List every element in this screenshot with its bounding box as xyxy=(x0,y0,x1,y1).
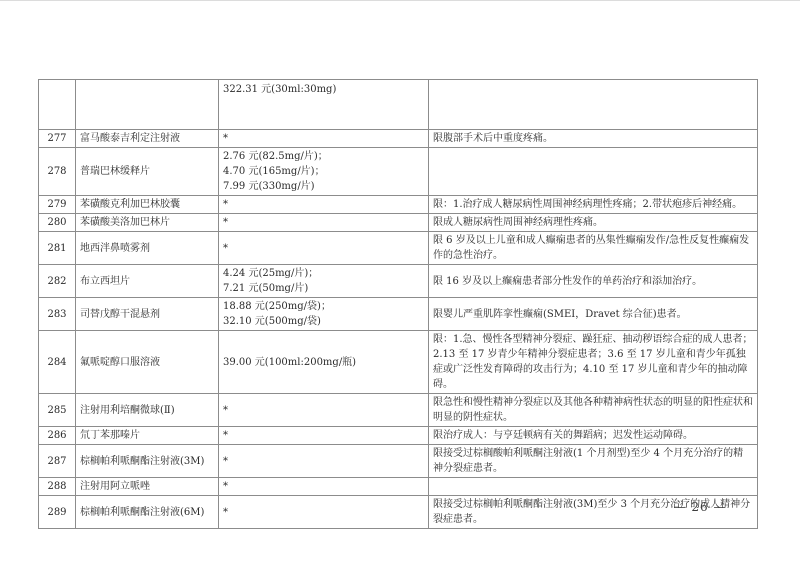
page-number: — 26 — xyxy=(650,500,750,514)
price-line: 7.21 元(50mg/片) xyxy=(223,281,424,296)
cell-index-number: 277 xyxy=(39,130,76,148)
price-line: 39.00 元(100ml:200mg/瓶) xyxy=(223,355,424,370)
cell-price: * xyxy=(219,394,429,427)
cell-restriction-note xyxy=(429,148,758,196)
cell-drug-name: 氟哌啶醇口服溶液 xyxy=(76,331,219,394)
price-line: 2.76 元(82.5mg/片)； xyxy=(223,149,424,164)
price-line: * xyxy=(223,241,424,256)
cell-restriction-note: 限 6 岁及以上儿童和成人癫痫患者的丛集性癫痫发作/急性反复性癫痫发作的急性治疗… xyxy=(429,232,758,265)
table-row: 322.31 元(30ml:30mg) xyxy=(39,80,758,130)
cell-drug-name: 棕榈帕利哌酮酯注射液(3M) xyxy=(76,445,219,478)
table-row: 277富马酸泰吉利定注射液*限腹部手术后中重度疼痛。 xyxy=(39,130,758,148)
cell-restriction-note: 限腹部手术后中重度疼痛。 xyxy=(429,130,758,148)
cell-drug-name: 富马酸泰吉利定注射液 xyxy=(76,130,219,148)
cell-restriction-note: 限治疗成人：与亨廷顿病有关的舞蹈病；迟发性运动障碍。 xyxy=(429,427,758,445)
cell-price: 39.00 元(100ml:200mg/瓶) xyxy=(219,331,429,394)
price-line: 4.70 元(165mg/片)； xyxy=(223,164,424,179)
cell-drug-name: 苯磺酸克利加巴林胶囊 xyxy=(76,196,219,214)
price-line: 7.99 元(330mg/片) xyxy=(223,179,424,194)
table-row: 287棕榈帕利哌酮酯注射液(3M)*限接受过棕榈酸帕利哌酮注射液(1 个月剂型)… xyxy=(39,445,758,478)
cell-price: * xyxy=(219,496,429,529)
price-line: * xyxy=(223,197,424,212)
cell-price: * xyxy=(219,445,429,478)
cell-index-number: 278 xyxy=(39,148,76,196)
cell-drug-name xyxy=(76,80,219,130)
cell-restriction-note: 限成人糖尿病性周围神经病理性疼痛。 xyxy=(429,214,758,232)
cell-index-number: 279 xyxy=(39,196,76,214)
cell-restriction-note: 限婴儿严重肌阵挛性癫痫(SMEI，Dravet 综合征)患者。 xyxy=(429,298,758,331)
cell-drug-name: 苯磺酸美洛加巴林片 xyxy=(76,214,219,232)
cell-price: 4.24 元(25mg/片)；7.21 元(50mg/片) xyxy=(219,265,429,298)
table-row: 284氟哌啶醇口服溶液39.00 元(100ml:200mg/瓶)限：1.急、慢… xyxy=(39,331,758,394)
cell-price: * xyxy=(219,196,429,214)
table-row: 288注射用阿立哌唑* xyxy=(39,478,758,496)
cell-index-number: 289 xyxy=(39,496,76,529)
cell-restriction-note: 限 16 岁及以上癫痫患者部分性发作的单药治疗和添加治疗。 xyxy=(429,265,758,298)
cell-price: 18.88 元(250mg/袋)；32.10 元(500mg/袋) xyxy=(219,298,429,331)
price-line: 32.10 元(500mg/袋) xyxy=(223,314,424,329)
table-row: 278普瑞巴林缓释片2.76 元(82.5mg/片)；4.70 元(165mg/… xyxy=(39,148,758,196)
cell-restriction-note xyxy=(429,478,758,496)
cell-restriction-note: 限急性和慢性精神分裂症以及其他各种精神病性状态的明显的阳性症状和明显的阴性症状。 xyxy=(429,394,758,427)
cell-drug-name: 氘丁苯那嗪片 xyxy=(76,427,219,445)
table-row: 282布立西坦片4.24 元(25mg/片)；7.21 元(50mg/片)限 1… xyxy=(39,265,758,298)
cell-price: * xyxy=(219,427,429,445)
table-row: 285注射用利培酮微球(Ⅱ)*限急性和慢性精神分裂症以及其他各种精神病性状态的明… xyxy=(39,394,758,427)
price-line: * xyxy=(223,215,424,230)
cell-drug-name: 普瑞巴林缓释片 xyxy=(76,148,219,196)
drug-restriction-table: 322.31 元(30ml:30mg)277富马酸泰吉利定注射液*限腹部手术后中… xyxy=(38,79,758,529)
drug-table-body: 322.31 元(30ml:30mg)277富马酸泰吉利定注射液*限腹部手术后中… xyxy=(39,80,758,529)
price-line: 322.31 元(30ml:30mg) xyxy=(223,82,424,97)
cell-price: * xyxy=(219,214,429,232)
cell-index-number: 282 xyxy=(39,265,76,298)
cell-drug-name: 注射用利培酮微球(Ⅱ) xyxy=(76,394,219,427)
cell-drug-name: 布立西坦片 xyxy=(76,265,219,298)
table-row: 283司替戊醇干混悬剂18.88 元(250mg/袋)；32.10 元(500m… xyxy=(39,298,758,331)
cell-index-number: 288 xyxy=(39,478,76,496)
cell-drug-name: 棕榈帕利哌酮酯注射液(6M) xyxy=(76,496,219,529)
cell-drug-name: 司替戊醇干混悬剂 xyxy=(76,298,219,331)
cell-index-number: 287 xyxy=(39,445,76,478)
price-line: 4.24 元(25mg/片)； xyxy=(223,266,424,281)
table-row: 279苯磺酸克利加巴林胶囊*限：1.治疗成人糖尿病性周围神经病理性疼痛；2.带状… xyxy=(39,196,758,214)
cell-price: * xyxy=(219,130,429,148)
price-line: * xyxy=(223,479,424,494)
cell-price: * xyxy=(219,232,429,265)
price-line: * xyxy=(223,454,424,469)
cell-index-number: 284 xyxy=(39,331,76,394)
price-line: 18.88 元(250mg/袋)； xyxy=(223,299,424,314)
price-line: * xyxy=(223,403,424,418)
price-line: * xyxy=(223,428,424,443)
cell-price: * xyxy=(219,478,429,496)
price-line: * xyxy=(223,505,424,520)
table-row: 280苯磺酸美洛加巴林片*限成人糖尿病性周围神经病理性疼痛。 xyxy=(39,214,758,232)
cell-drug-name: 地西泮鼻喷雾剂 xyxy=(76,232,219,265)
table-row: 281地西泮鼻喷雾剂*限 6 岁及以上儿童和成人癫痫患者的丛集性癫痫发作/急性反… xyxy=(39,232,758,265)
cell-index-number: 285 xyxy=(39,394,76,427)
cell-drug-name: 注射用阿立哌唑 xyxy=(76,478,219,496)
cell-price: 322.31 元(30ml:30mg) xyxy=(219,80,429,130)
cell-restriction-note: 限：1.急、慢性各型精神分裂症、躁狂症、抽动秽语综合症的成人患者；2.13 至 … xyxy=(429,331,758,394)
cell-restriction-note xyxy=(429,80,758,130)
cell-index-number: 286 xyxy=(39,427,76,445)
cell-index-number xyxy=(39,80,76,130)
price-line: * xyxy=(223,131,424,146)
page-top-edge xyxy=(0,0,800,1)
cell-price: 2.76 元(82.5mg/片)；4.70 元(165mg/片)；7.99 元(… xyxy=(219,148,429,196)
cell-restriction-note: 限接受过棕榈酸帕利哌酮注射液(1 个月剂型)至少 4 个月充分治疗的精神分裂症患… xyxy=(429,445,758,478)
table-row: 286氘丁苯那嗪片*限治疗成人：与亨廷顿病有关的舞蹈病；迟发性运动障碍。 xyxy=(39,427,758,445)
cell-restriction-note: 限：1.治疗成人糖尿病性周围神经病理性疼痛；2.带状疱疹后神经痛。 xyxy=(429,196,758,214)
cell-index-number: 281 xyxy=(39,232,76,265)
cell-index-number: 283 xyxy=(39,298,76,331)
cell-index-number: 280 xyxy=(39,214,76,232)
